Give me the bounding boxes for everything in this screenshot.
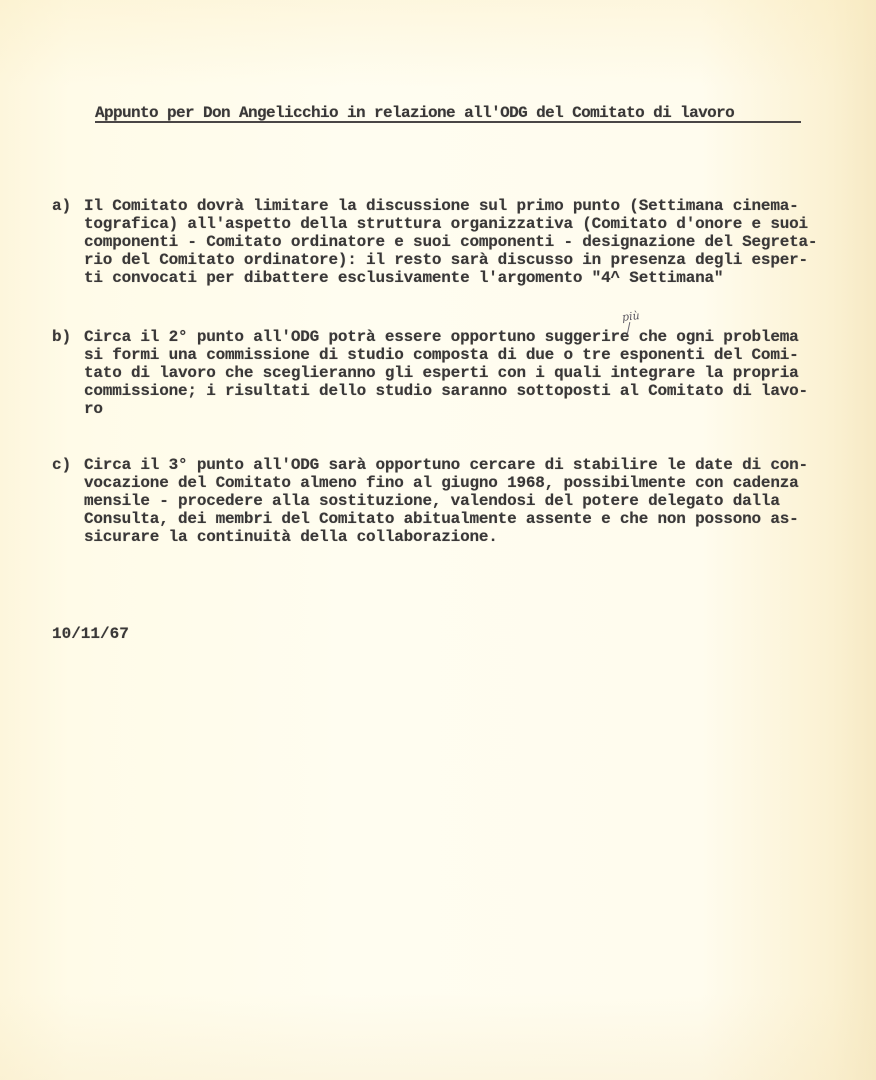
- item-line: mensile - procedere alla sostituzione, v…: [84, 492, 780, 510]
- item-line: Consulta, dei membri del Comitato abitua…: [84, 510, 799, 528]
- item-line: vocazione del Comitato almeno fino al gi…: [84, 474, 799, 492]
- item-line: sicurare la continuità della collaborazi…: [84, 528, 498, 546]
- item-marker: c): [52, 456, 71, 474]
- item-line: tografica) all'aspetto della struttura o…: [84, 215, 808, 233]
- item-line: si formi una commissione di studio compo…: [84, 346, 799, 364]
- handwritten-insertion: più: [621, 309, 640, 324]
- item-line: rio del Comitato ordinatore): il resto s…: [84, 251, 808, 269]
- item-line: ti convocati per dibattere esclusivament…: [84, 269, 723, 287]
- memo-title: Appunto per Don Angelicchio in relazione…: [95, 104, 734, 122]
- item-line: Circa il 3° punto all'ODG sarà opportuno…: [84, 456, 808, 474]
- item-marker: a): [52, 197, 71, 215]
- item-marker: b): [52, 328, 71, 346]
- memo-date: 10/11/67: [52, 625, 129, 643]
- item-line: Circa il 2° punto all'ODG potrà essere o…: [84, 328, 799, 346]
- item-line: componenti - Comitato ordinatore e suoi …: [84, 233, 817, 251]
- title-underline: [95, 121, 801, 123]
- item-line: ro: [84, 400, 103, 418]
- item-line: Il Comitato dovrà limitare la discussion…: [84, 197, 799, 215]
- item-line: tato di lavoro che sceglieranno gli espe…: [84, 364, 799, 382]
- item-line: commissione; i risultati dello studio sa…: [84, 382, 808, 400]
